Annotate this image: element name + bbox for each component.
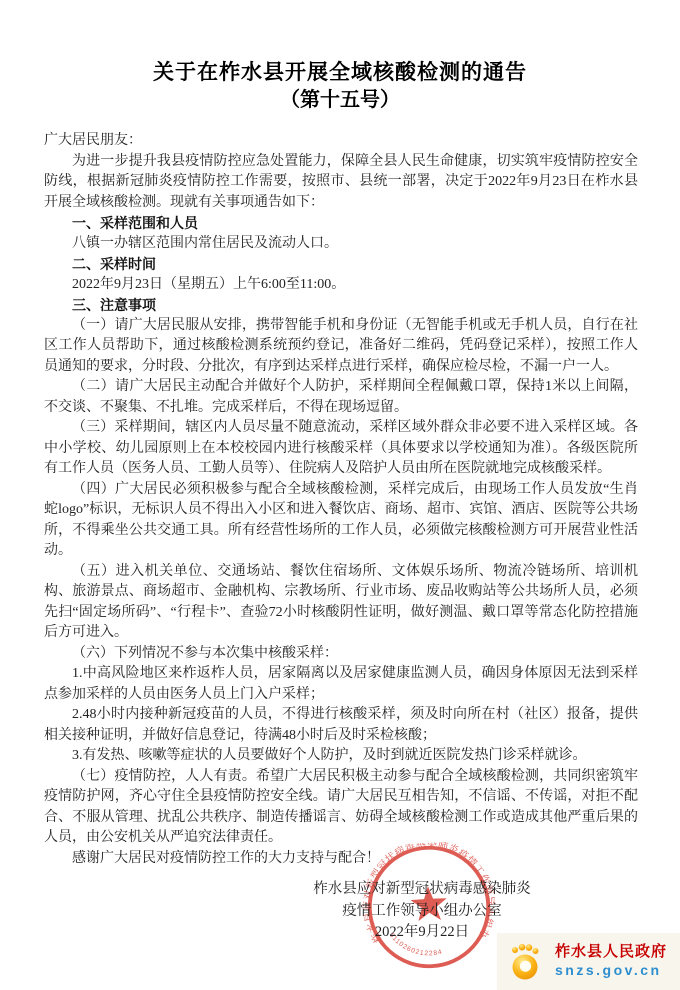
- closing-paragraph: 感谢广大居民对疫情防控工作的大力支持与配合！: [44, 849, 638, 870]
- signature-block: 柞水县应对新型冠状病毒感染肺炎疫情工作领导小组办公室 6110260212284…: [262, 879, 582, 944]
- notice-item-2: （二）请广大居民主动配合并做好个人防护，采样期间全程佩戴口罩，保持1米以上间隔，…: [44, 377, 638, 418]
- intro-paragraph: 为进一步提升我县疫情防控应急处置能力，保障全县人民生命健康，切实筑牢疫情防控安全…: [44, 152, 638, 214]
- section3-heading: 三、注意事项: [44, 295, 638, 316]
- notice-body: 广大居民朋友： 为进一步提升我县疫情防控应急处置能力，保障全县人民生命健康，切实…: [44, 131, 638, 944]
- notice-item-4: （四）广大居民必须积极参与配合全域核酸检测，采样完成后，由现场工作人员发放“生肖…: [44, 480, 638, 562]
- notice-item-3: （三）采样期间，辖区内人员尽量不随意流动，采样区域外群众非必要不进入采样区域。各…: [44, 418, 638, 480]
- signature-org-line2: 疫情工作领导小组办公室: [262, 901, 582, 923]
- notice-page: 关于在柞水县开展全域核酸检测的通告 （第十五号） 广大居民朋友： 为进一步提升我…: [0, 0, 680, 990]
- signature-org-line1: 柞水县应对新型冠状病毒感染肺炎: [262, 879, 582, 901]
- notice-item-6: （六）下列情况不参与本次集中核酸采样：: [44, 644, 638, 665]
- signature-date: 2022年9月22日: [262, 922, 582, 944]
- footer-text: 柞水县人民政府 snzs.gov.cn: [555, 943, 667, 979]
- notice-item-6-sub-2: 2.48小时内接种新冠疫苗的人员，不得进行核酸采样，须及时向所在村（社区）报备，…: [44, 705, 638, 746]
- notice-subtitle: （第十五号）: [0, 83, 680, 112]
- notice-item-5: （五）进入机关单位、交通场站、餐饮住宿场所、文体娱乐场所、物流冷链场所、培训机构…: [44, 562, 638, 644]
- gov-site-name: 柞水县人民政府: [555, 943, 667, 962]
- notice-item-7: （七）疫情防控，人人有责。希望广大居民积极主动参与配合全域核酸检测，共同织密筑牢…: [44, 767, 638, 849]
- notice-item-6-sub-1: 1.中高风险地区来柞返柞人员，居家隔离以及居家健康监测人员，确因身体原因无法到采…: [44, 664, 638, 705]
- section2-heading: 二、采样时间: [44, 254, 638, 275]
- section1-heading: 一、采样范围和人员: [44, 213, 638, 234]
- section1-paragraph: 八镇一办辖区范围内常住居民及流动人口。: [44, 234, 638, 255]
- notice-title: 关于在柞水县开展全域核酸检测的通告: [0, 56, 680, 86]
- gov-site-url: snzs.gov.cn: [555, 962, 667, 980]
- paw-logo-icon: [506, 942, 546, 982]
- notice-item-6-sub-3: 3.有发热、咳嗽等症状的人员要做好个人防护，及时到就近医院发热门诊采样就诊。: [44, 746, 638, 767]
- section2-paragraph: 2022年9月23日（星期五）上午6:00至11:00。: [44, 275, 638, 296]
- notice-item-1: （一）请广大居民服从安排，携带智能手机和身份证（无智能手机或无手机人员，自行在社…: [44, 316, 638, 378]
- salutation: 广大居民朋友：: [44, 131, 638, 152]
